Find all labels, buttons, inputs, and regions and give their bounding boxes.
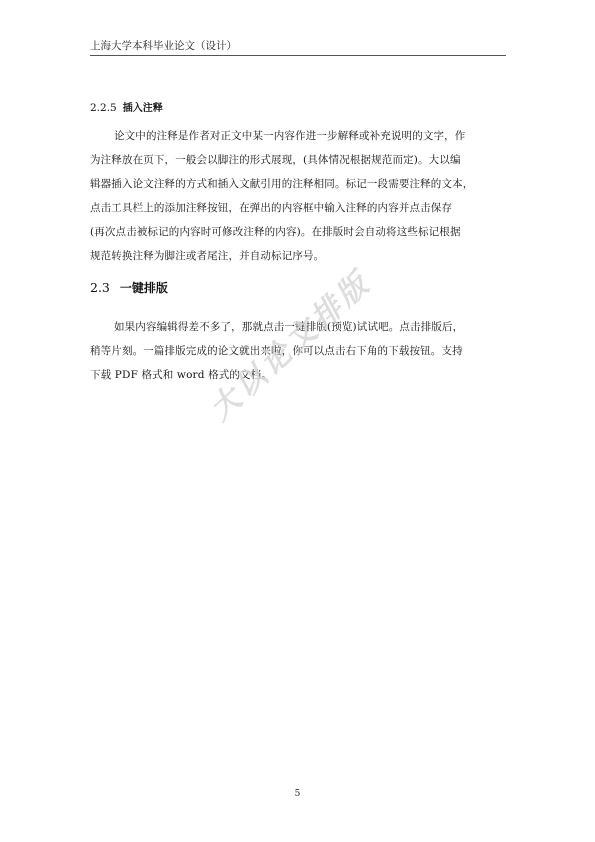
section-number: 2.3 — [90, 280, 110, 295]
section-title: 插入注释 — [123, 103, 163, 114]
page-number: 5 — [0, 788, 595, 800]
page-header: 上海大学本科毕业论文（设计） — [90, 39, 506, 56]
section-number: 2.2.5 — [90, 102, 117, 114]
section-heading-2-2-5: 2.2.5插入注释 — [90, 101, 163, 116]
paragraph-line: 辑器插入论文注释的方式和插入文献引用的注释相同。标记一段需要注释的文本， — [90, 177, 473, 191]
section-title: 一键排版 — [120, 281, 168, 295]
section-heading-2-3: 2.3一键排版 — [90, 280, 168, 296]
paragraph-line: 为注释放在页下，一般会以脚注的形式展现，(具体情况根据规范而定)。大以编 — [90, 153, 461, 167]
paragraph-line: 点击工具栏上的添加注释按钮，在弹出的内容框中输入注释的内容并点击保存 — [90, 201, 452, 215]
paragraph-line: 规范转换注释为脚注或者尾注，并自动标记序号。 — [90, 249, 324, 263]
paragraph-line: (再次点击被标记的内容时可修改注释的内容)。在排版时会自动将这些标记根据 — [90, 225, 461, 239]
running-title: 上海大学本科毕业论文（设计） — [90, 39, 237, 53]
paragraph-line: 论文中的注释是作者对正文中某一内容作进一步解释或补充说明的文字，作 — [114, 129, 465, 143]
